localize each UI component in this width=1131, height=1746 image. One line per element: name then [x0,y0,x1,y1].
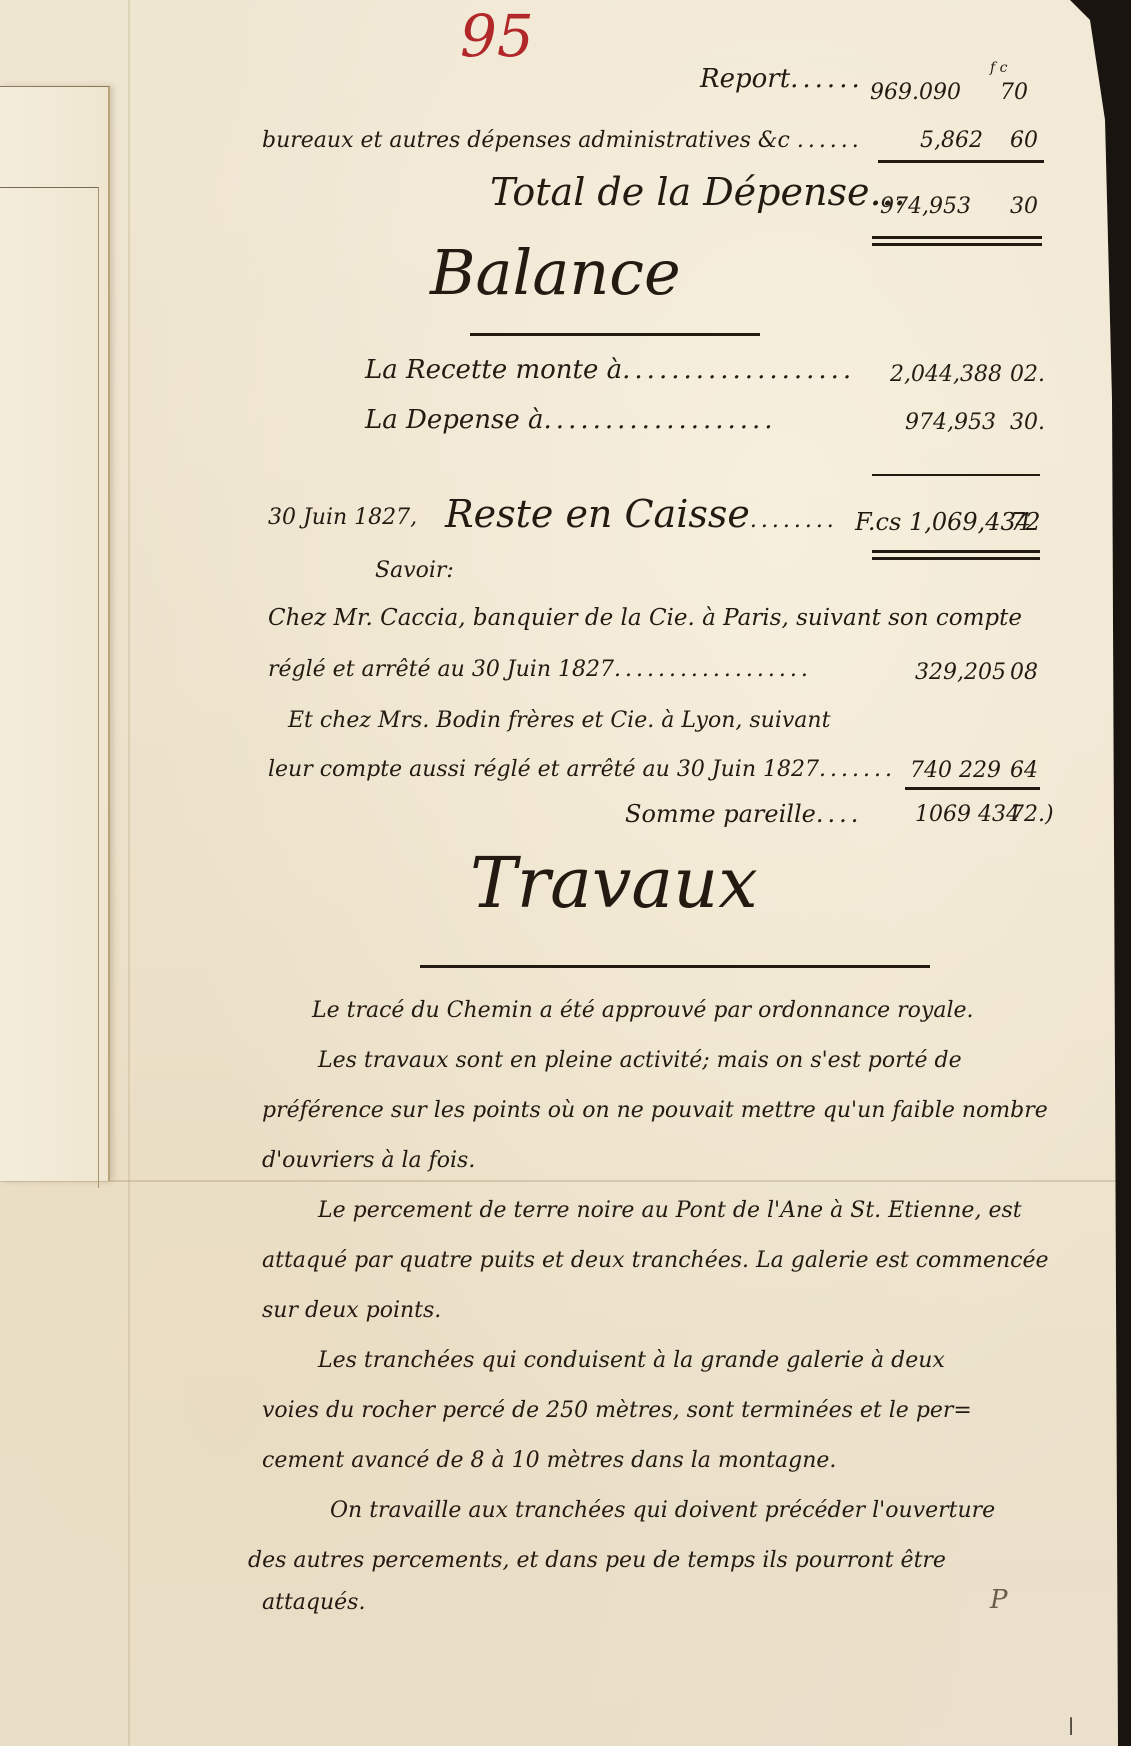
balance-heading-underline [470,333,760,336]
receipts-amount: 2,044,388 [890,362,1002,387]
text-line: des autres percements, et dans peu de te… [248,1548,946,1573]
report-cents: 70 [1000,80,1028,105]
balance-rule [872,474,1040,476]
bureaux-cents: 60 [1010,128,1038,153]
paris-line-2: réglé et arrêté au 30 Juin 1827.........… [268,657,812,682]
fold-line-horizontal [0,1180,1118,1182]
total-expense-amount: 974,953 [880,194,971,219]
total-expense-label: Total de la Dépense... [490,170,906,214]
text-line: préférence sur les points où on ne pouva… [262,1098,1048,1123]
balance-heading: Balance [430,236,681,309]
manuscript-page: 95 Report...... 969.090 70 f c bureaux e… [0,0,1118,1746]
text-line: Le tracé du Chemin a été approuvé par or… [312,998,974,1023]
text-line: d'ouvriers à la fois. [262,1148,475,1173]
bureaux-amount: 5,862 [920,128,983,153]
cash-date: 30 Juin 1827, [268,505,417,530]
travaux-heading: Travaux [470,842,758,924]
expenses-amount: 974,953 [905,410,996,435]
savoir-label: Savoir: [375,558,454,583]
total-double-rule-bottom [872,243,1042,246]
paris-amount: 329,205 [915,660,1006,685]
receipts-label: La Recette monte à................... [365,355,855,385]
cash-double-rule-top [872,550,1040,553]
travaux-heading-underline [420,965,930,968]
text-line: voies du rocher percé de 250 mètres, son… [262,1398,972,1423]
catchword: P [990,1585,1008,1615]
strip-border [0,187,99,1188]
cash-cents: 72 [1010,508,1041,536]
total-expense-cents: 30 [1010,194,1038,219]
text-line: cement avancé de 8 à 10 mètres dans la m… [262,1448,836,1473]
lyon-amount: 740 229 [910,758,1001,783]
subtotal-rule [878,160,1044,163]
cash-amount: F.cs 1,069,434 [855,508,1031,536]
cash-label: Reste en Caisse........ [445,492,838,536]
receipts-cents: 02. [1010,362,1045,387]
text-line: attaqué par quatre puits et deux tranché… [262,1248,1049,1273]
report-label: Report...... [700,64,864,94]
paris-cents: 08 [1010,660,1038,685]
lyon-line-1: Et chez Mrs. Bodin frères et Cie. à Lyon… [288,708,830,733]
text-line: Les travaux sont en pleine activité; mai… [318,1048,962,1073]
report-unit: f c [990,60,1007,76]
total-double-rule-top [872,236,1042,239]
sum-amount: 1069 434 [915,802,1020,827]
text-line: sur deux points. [262,1298,441,1323]
cash-double-rule-bottom [872,557,1040,560]
text-line: Les tranchées qui conduisent à la grande… [318,1348,945,1373]
lyon-rule [905,787,1040,790]
lyon-cents: 64 [1010,758,1038,783]
edge-mark: | [1068,1715,1074,1736]
sum-cents: 72.) [1010,802,1054,827]
folded-paper-strip [0,86,110,1181]
text-line: attaqués. [262,1590,365,1615]
lyon-line-2: leur compte aussi réglé et arrêté au 30 … [268,757,896,782]
report-amount: 969.090 [870,80,961,105]
expenses-label: La Depense à................... [365,405,777,435]
bureaux-label: bureaux et autres dépenses administrativ… [262,128,863,153]
folio-number: 95 [460,2,534,70]
expenses-cents: 30. [1010,410,1045,435]
fold-line-vertical [128,0,130,1746]
sum-label: Somme pareille.... [625,800,862,828]
text-line: Le percement de terre noire au Pont de l… [318,1198,1022,1223]
paris-line-1: Chez Mr. Caccia, banquier de la Cie. à P… [268,605,1022,631]
text-line: On travaille aux tranchées qui doivent p… [330,1498,995,1523]
